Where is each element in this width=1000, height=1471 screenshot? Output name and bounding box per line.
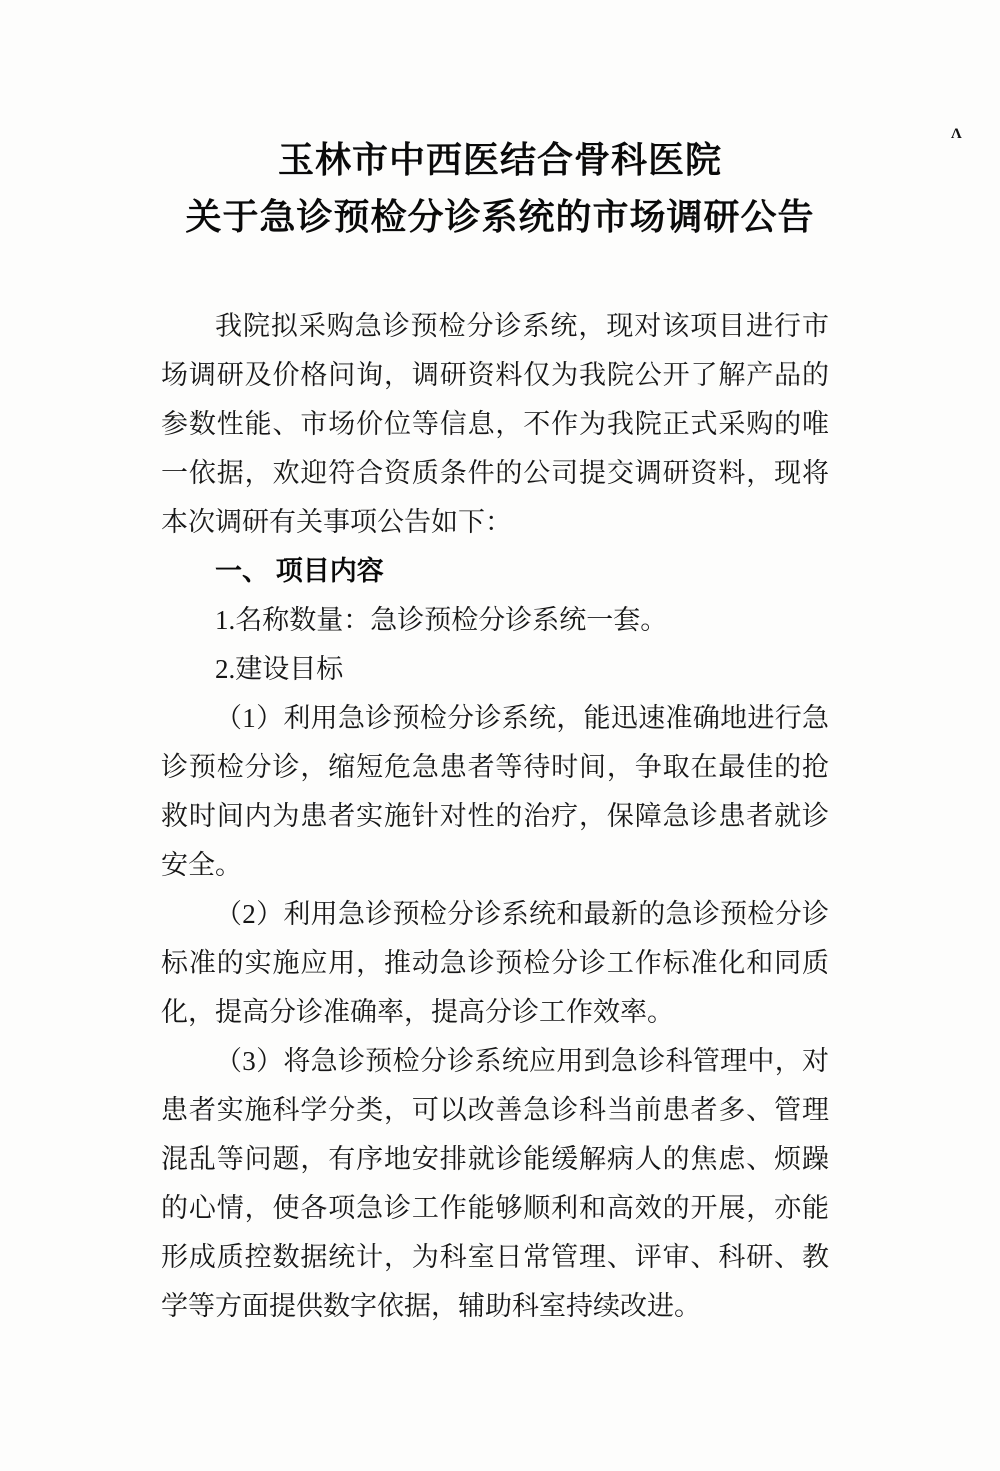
document-title: 玉林市中西医结合骨科医院 关于急诊预检分诊系统的市场调研公告 <box>0 132 1000 246</box>
intro-line: 本次调研有关事项公告如下： <box>161 498 829 547</box>
title-line-hospital: 玉林市中西医结合骨科医院 <box>0 132 1000 189</box>
goal3-line: 的心情，使各项急诊工作能够顺利和高效的开展，亦能 <box>161 1184 829 1233</box>
goal-paragraph-3: （3）将急诊预检分诊系统应用到急诊科管理中，对 患者实施科学分类，可以改善急诊科… <box>161 1037 829 1331</box>
intro-line: 参数性能、市场价位等信息，不作为我院正式采购的唯 <box>161 400 829 449</box>
goal3-line: 形成质控数据统计，为科室日常管理、评审、科研、教 <box>161 1233 829 1282</box>
goal3-line: 患者实施科学分类，可以改善急诊科当前患者多、管理 <box>161 1086 829 1135</box>
intro-paragraph: 我院拟采购急诊预检分诊系统，现对该项目进行市 场调研及价格问询，调研资料仅为我院… <box>161 302 829 547</box>
goal-paragraph-2: （2）利用急诊预检分诊系统和最新的急诊预检分诊 标准的实施应用，推动急诊预检分诊… <box>161 890 829 1037</box>
document-body: 我院拟采购急诊预检分诊系统，现对该项目进行市 场调研及价格问询，调研资料仅为我院… <box>161 302 829 1331</box>
goal-paragraph-1: （1）利用急诊预检分诊系统，能迅速准确地进行急 诊预检分诊，缩短危急患者等待时间… <box>161 694 829 890</box>
goal3-line: 混乱等问题，有序地安排就诊能缓解病人的焦虑、烦躁 <box>161 1135 829 1184</box>
goal2-line: 标准的实施应用，推动急诊预检分诊工作标准化和同质 <box>161 939 829 988</box>
intro-line: 一依据，欢迎符合资质条件的公司提交调研资料，现将 <box>161 449 829 498</box>
goal2-line: （2）利用急诊预检分诊系统和最新的急诊预检分诊 <box>161 890 829 939</box>
goal1-line: 诊预检分诊，缩短危急患者等待时间，争取在最佳的抢 <box>161 743 829 792</box>
goal3-line: 学等方面提供数字依据，辅助科室持续改进。 <box>161 1282 829 1331</box>
item-name-quantity: 1.名称数量：急诊预检分诊系统一套。 <box>161 596 829 645</box>
section-heading-project-content: 一、 项目内容 <box>161 547 829 596</box>
title-line-subject: 关于急诊预检分诊系统的市场调研公告 <box>0 189 1000 246</box>
document-page: Λ 玉林市中西医结合骨科医院 关于急诊预检分诊系统的市场调研公告 我院拟采购急诊… <box>0 0 1000 1471</box>
intro-line: 我院拟采购急诊预检分诊系统，现对该项目进行市 <box>161 302 829 351</box>
goal1-line: 安全。 <box>161 841 829 890</box>
goal1-line: 救时间内为患者实施针对性的治疗，保障急诊患者就诊 <box>161 792 829 841</box>
intro-line: 场调研及价格问询，调研资料仅为我院公开了解产品的 <box>161 351 829 400</box>
goal2-line: 化，提高分诊准确率，提高分诊工作效率。 <box>161 988 829 1037</box>
goal3-line: （3）将急诊预检分诊系统应用到急诊科管理中，对 <box>161 1037 829 1086</box>
goal1-line: （1）利用急诊预检分诊系统，能迅速准确地进行急 <box>161 694 829 743</box>
item-construction-goal: 2.建设目标 <box>161 645 829 694</box>
